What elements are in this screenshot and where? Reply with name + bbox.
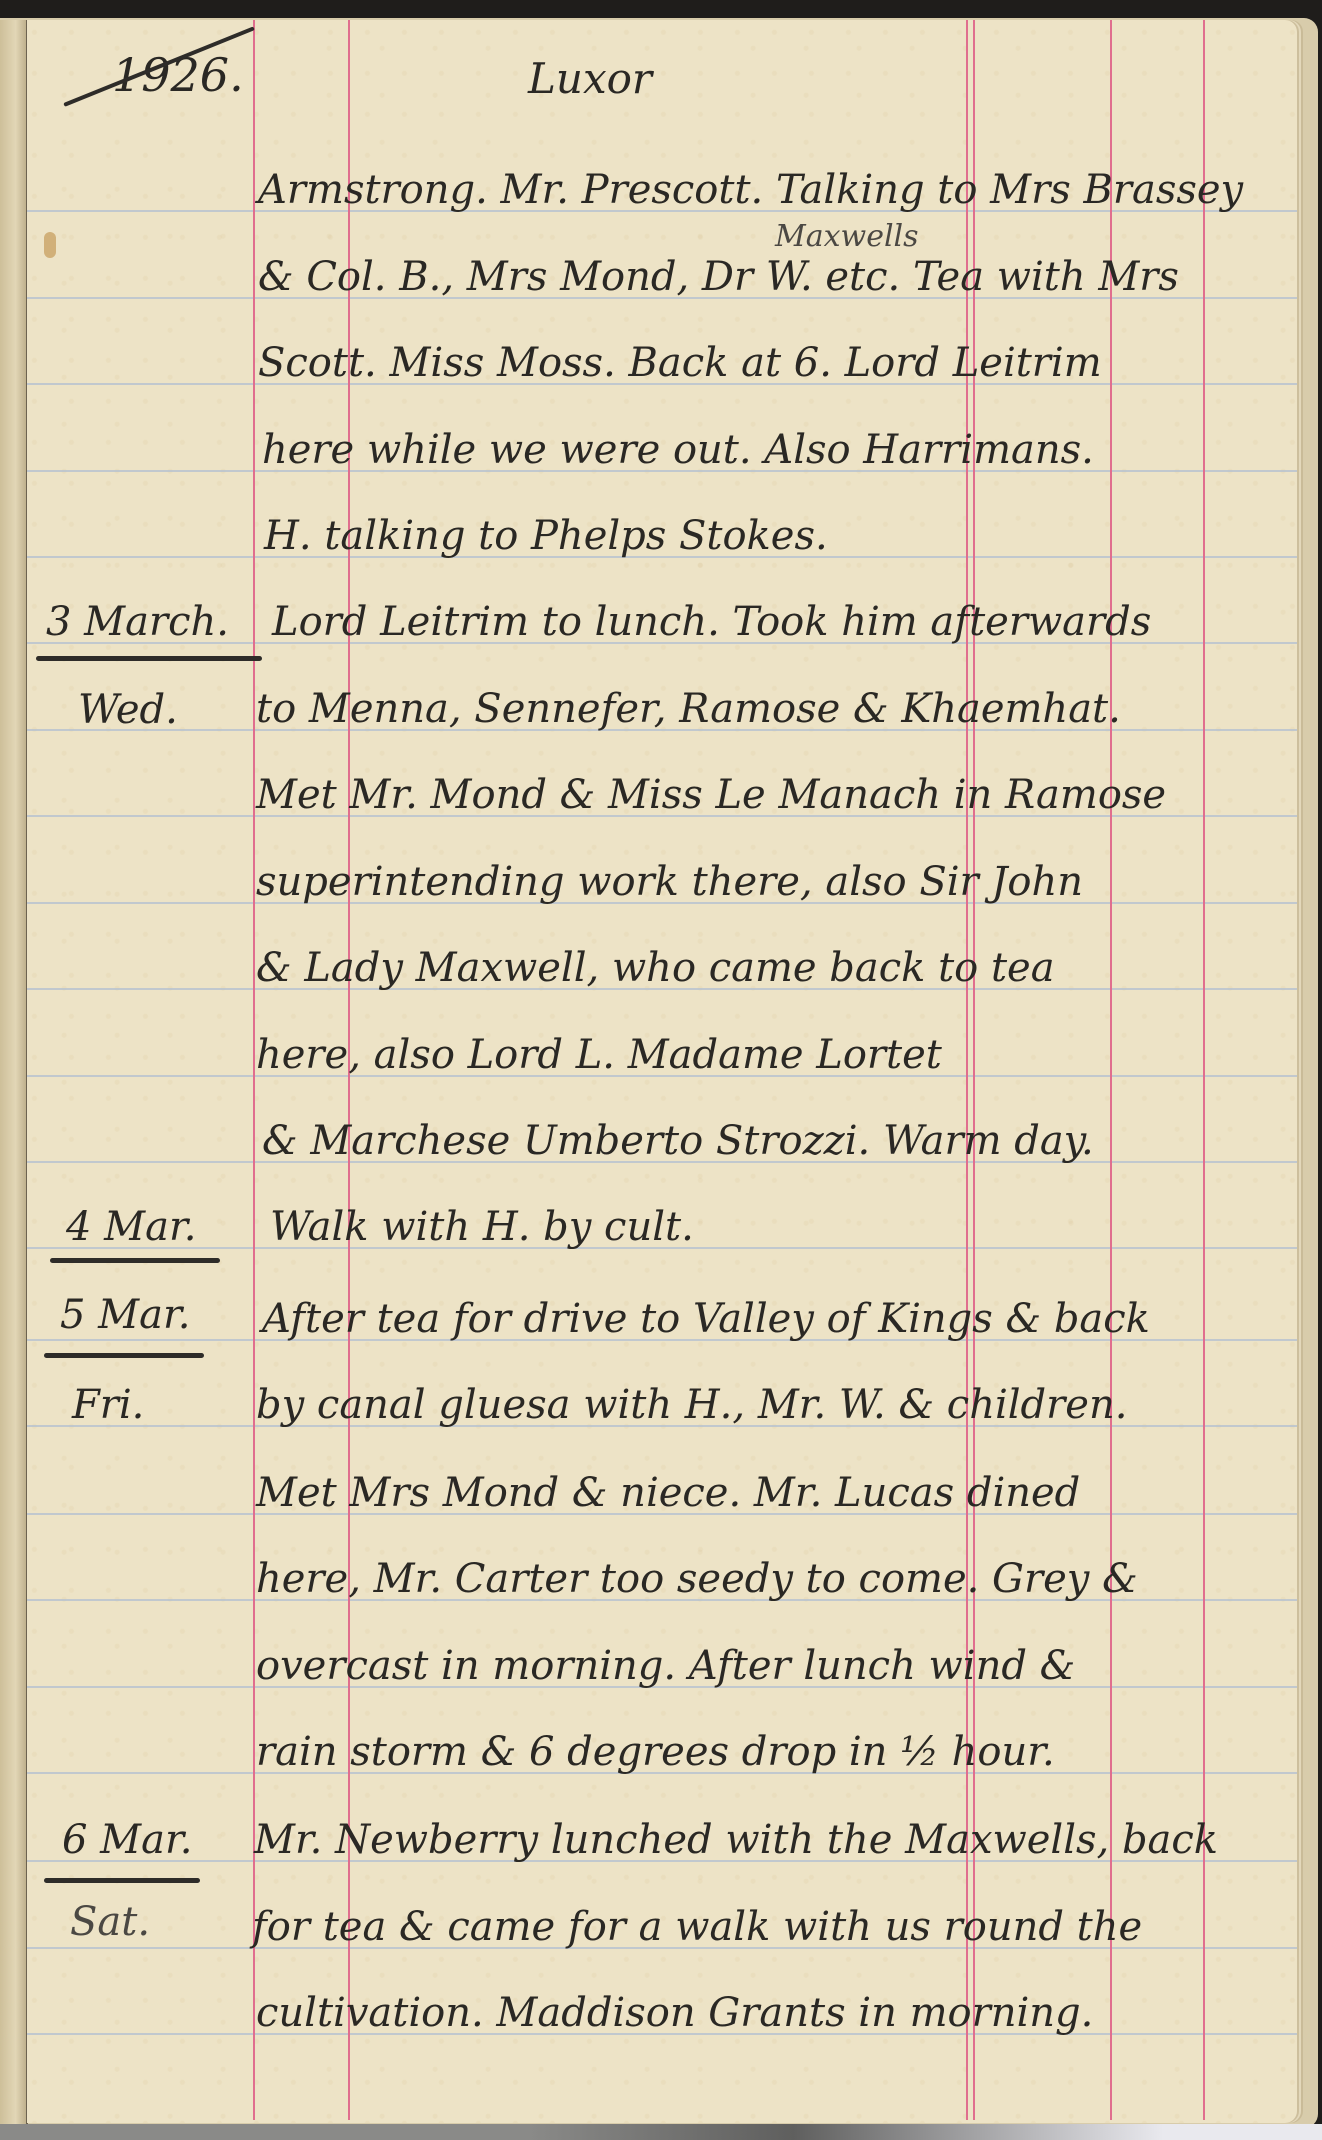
- insertion-maxwells: Maxwells: [775, 222, 919, 252]
- diary-line: After tea for drive to Valley of Kings &…: [262, 1299, 1150, 1339]
- diary-line: Walk with H. by cult.: [270, 1207, 694, 1247]
- margin-weekday-wed: Wed.: [78, 690, 178, 730]
- diary-line: rain storm & 6 degrees drop in ½ hour.: [256, 1732, 1055, 1772]
- diary-line: here, Mr. Carter too seedy to come. Grey…: [256, 1559, 1138, 1599]
- diary-line: superintending work there, also Sir John: [256, 862, 1083, 902]
- margin-date-3-march: 3 March.: [46, 602, 229, 642]
- margin-weekday-sat: Sat.: [70, 1902, 150, 1942]
- diary-line: & Col. B., Mrs Mond, Dr W. etc. Tea with…: [258, 257, 1179, 297]
- date-underline: [44, 1353, 204, 1358]
- diary-line: & Marchese Umberto Strozzi. Warm day.: [262, 1121, 1094, 1161]
- margin-rule: [1110, 20, 1112, 2120]
- diary-line: overcast in morning. After lunch wind &: [256, 1646, 1075, 1686]
- date-underline: [44, 1878, 200, 1883]
- diary-line: Mr. Newberry lunched with the Maxwells, …: [254, 1820, 1218, 1860]
- diary-line: Armstrong. Mr. Prescott. Talking to Mrs …: [258, 170, 1243, 210]
- place-heading: Luxor: [528, 58, 652, 100]
- scan-background: [0, 2124, 1322, 2140]
- margin-date-5-mar: 5 Mar.: [60, 1295, 190, 1335]
- diary-line: here, also Lord L. Madame Lortet: [256, 1035, 942, 1075]
- margin-date-6-mar: 6 Mar.: [62, 1820, 192, 1860]
- diary-line: cultivation. Maddison Grants in morning.: [256, 1993, 1093, 2033]
- margin-rule: [1203, 20, 1205, 2120]
- margin-weekday-fri: Fri.: [72, 1385, 144, 1425]
- diary-line: Met Mr. Mond & Miss Le Manach in Ramose: [256, 775, 1166, 815]
- diary-line: here while we were out. Also Harrimans.: [262, 430, 1094, 470]
- diary-line: to Menna, Sennefer, Ramose & Khaemhat.: [256, 689, 1121, 729]
- paper-stain: [44, 232, 56, 258]
- diary-line: for tea & came for a walk with us round …: [252, 1907, 1142, 1947]
- date-underline: [50, 1258, 220, 1263]
- diary-line: & Lady Maxwell, who came back to tea: [256, 948, 1055, 988]
- diary-line: by canal gluesa with H., Mr. W. & childr…: [256, 1385, 1127, 1425]
- margin-rule: [973, 20, 975, 2120]
- diary-line: Met Mrs Mond & niece. Mr. Lucas dined: [256, 1473, 1080, 1513]
- date-underline: [36, 656, 262, 661]
- diary-line: Lord Leitrim to lunch. Took him afterwar…: [272, 602, 1151, 642]
- margin-rule: [253, 20, 255, 2120]
- diary-line: Scott. Miss Moss. Back at 6. Lord Leitri…: [258, 343, 1102, 383]
- margin-date-4-mar: 4 Mar.: [66, 1207, 196, 1247]
- notebook-binding: [0, 20, 28, 2125]
- margin-rule: [966, 20, 968, 2120]
- diary-line: H. talking to Phelps Stokes.: [264, 516, 828, 556]
